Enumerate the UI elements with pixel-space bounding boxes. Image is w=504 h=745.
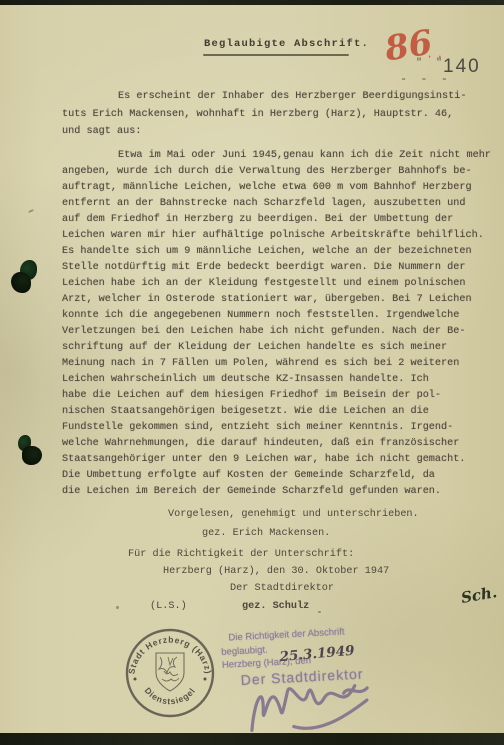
ink-blob <box>22 446 42 465</box>
text-line: Fundstelle gekommen sind, entzieht sich … <box>62 420 482 436</box>
locus-sigilli: (L.S.) <box>150 601 187 612</box>
text-line: auftragt, männliche Leichen, welche etwa… <box>62 180 482 196</box>
text-line: Verletzungen bei den Leichen habe ich ni… <box>62 324 482 340</box>
certification-line: Für die Richtigkeit der Unterschrift: <box>128 549 354 560</box>
ink-blob <box>11 272 31 293</box>
certification-place-date: Herzberg (Harz), den 30. Oktober 1947 <box>163 566 389 577</box>
pencil-dashes: - - - <box>400 72 451 86</box>
seal-graphic: Stadt Herzberg (Harz) Dienstsiegel <box>124 627 216 719</box>
text-line: konnte ich die angegebenen Nummern noch … <box>62 308 482 324</box>
certification-office: Der Stadtdirektor <box>230 583 334 594</box>
text-line: Es handelte sich um 9 männliche Leichen,… <box>62 244 482 260</box>
signature-scrawl <box>240 660 380 735</box>
paragraph-statement: Etwa im Mai oder Juni 1945,genau kann ic… <box>62 148 482 500</box>
text-line: Arzt, welcher in Osterode stationiert wa… <box>62 292 482 308</box>
stamp-line-1: Die Richtigkeit der Abschrift <box>228 626 345 643</box>
text-line: Es erscheint der Inhaber des Herzberger … <box>62 88 482 106</box>
text-line: nischen Staatsangehörigen beigesetzt. Wi… <box>62 404 482 420</box>
pencil-speck <box>28 209 34 213</box>
text-line: Die Umbettung erfolgte auf Kosten der Ge… <box>62 468 482 484</box>
text-line: auf dem Friedhof in Herzberg zu beerdige… <box>62 212 482 228</box>
text-line: entfernt an der Bahnstrecke nach Scharzf… <box>62 196 482 212</box>
text-line: Etwa im Mai oder Juni 1945,genau kann ic… <box>62 148 482 164</box>
text-line: angeben, wurde ich durch die Verwaltung … <box>62 164 482 180</box>
pencil-speck <box>318 611 321 613</box>
official-round-seal: Stadt Herzberg (Harz) Dienstsiegel <box>124 627 216 719</box>
document-title: Beglaubigte Abschrift. <box>204 38 369 50</box>
text-line: welche Wahrnehmungen, die darauf hindeut… <box>62 436 482 452</box>
handwritten-margin-initials: Sch. <box>460 583 499 607</box>
paragraph-introduction: Es erscheint der Inhaber des Herzberger … <box>62 88 482 141</box>
svg-text:Stadt Herzberg (Harz): Stadt Herzberg (Harz) <box>126 634 213 674</box>
text-line: schriftung auf der Kleidung der Leichen … <box>62 340 482 356</box>
signature-mackensen: gez. Erich Mackensen. <box>202 528 330 539</box>
stadtdirektor-signature <box>240 660 380 735</box>
document-scan: Beglaubigte Abschrift. 86 ·· " " 140 - -… <box>0 0 504 745</box>
title-underline <box>203 54 349 56</box>
text-line: Staatsangehöriger unter den 9 Leichen wa… <box>62 452 482 468</box>
scan-edge-top <box>0 0 504 5</box>
stamp-line-2: beglaubigt. <box>221 645 268 658</box>
closing-formula: Vorgelesen, genehmigt und unterschrieben… <box>168 509 419 520</box>
text-line: Leichen wahrscheinlich um deutsche KZ-In… <box>62 372 482 388</box>
text-line: Leichen habe ich an der Kleidung festges… <box>62 276 482 292</box>
seal-coat-of-arms <box>156 653 184 691</box>
pencil-ditto-marks: " " <box>416 58 446 69</box>
pencil-speck <box>116 606 119 609</box>
text-line: Meinung nach in 7 Fällen um Polen, währe… <box>62 356 482 372</box>
text-line: Stelle notdürftig mit Erde bedeckt beerd… <box>62 260 482 276</box>
text-line: die Leichen im Bereich der Gemeinde Scha… <box>62 484 482 500</box>
seal-top-text: Stadt Herzberg (Harz) <box>126 634 213 674</box>
text-line: habe die Leichen auf dem hiesigen Friedh… <box>62 388 482 404</box>
certification-stamp: Die Richtigkeit der Abschrift beglaubigt… <box>220 621 410 631</box>
text-line: Leichen waren mir hier aufhältige polnis… <box>62 228 482 244</box>
signature-schulz: gez. Schulz <box>242 601 309 612</box>
svg-text:Dienstsiegel: Dienstsiegel <box>143 685 198 706</box>
seal-bottom-text: Dienstsiegel <box>143 685 198 706</box>
text-line: tuts Erich Mackensen, wohnhaft in Herzbe… <box>62 106 482 124</box>
text-line: und sagt aus: <box>62 123 482 141</box>
